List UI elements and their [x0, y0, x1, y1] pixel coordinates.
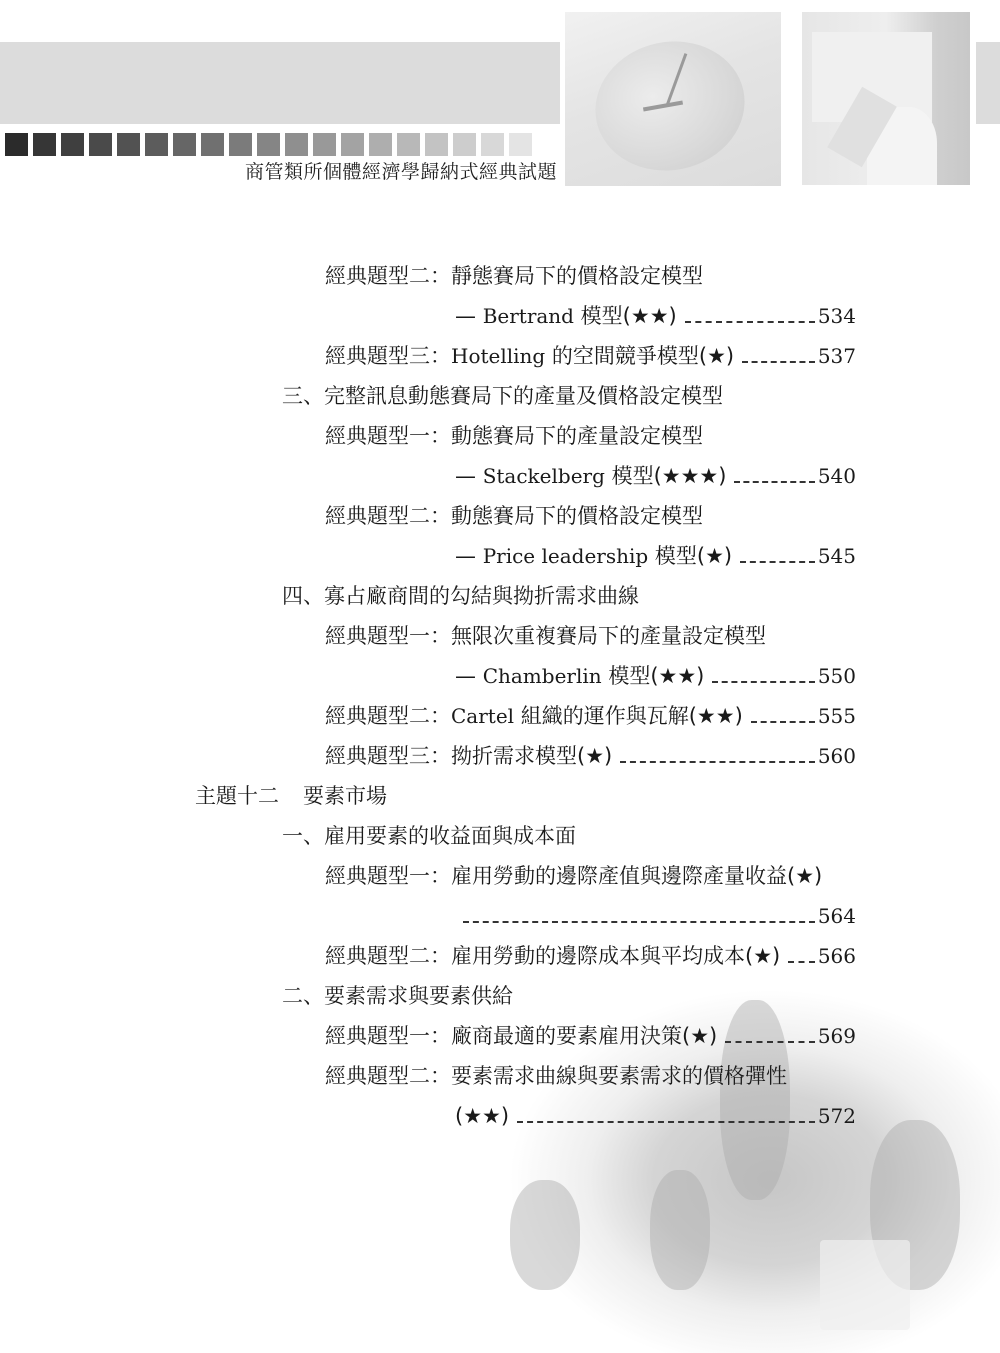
toc-entry[interactable]: 經典題型一：雇用勞動的邊際產值與邊際產量收益(★)	[325, 863, 822, 889]
toc-entry-title: 四、寡占廠商間的勾結與拗折需求曲線	[282, 583, 639, 609]
toc-entry[interactable]: 經典題型一：無限次重複賽局下的產量設定模型	[325, 623, 766, 649]
toc-entry-title: 經典題型三：Hotelling 的空間競爭模型(★)	[325, 343, 734, 369]
toc-entry-title: — Price leadership 模型(★)	[455, 543, 732, 569]
toc-entry[interactable]: 經典題型三：Hotelling 的空間競爭模型(★)537	[325, 343, 856, 369]
dot-leader	[740, 561, 815, 563]
dot-leader	[734, 481, 814, 483]
toc-entry-title: 經典題型二：動態賽局下的價格設定模型	[325, 503, 703, 529]
page-number: 555	[818, 703, 856, 729]
toc-entry[interactable]: 一、雇用要素的收益面與成本面	[282, 823, 576, 849]
toc-entry[interactable]: 主題十二要素市場	[195, 783, 387, 809]
toc-entry-title: — Stackelberg 模型(★★★)	[455, 463, 726, 489]
page-number: 569	[818, 1023, 856, 1049]
toc-entry-title: 經典題型三：拗折需求模型(★)	[325, 743, 612, 769]
toc-entry[interactable]: 二、要素需求與要素供給	[282, 983, 513, 1009]
dot-leader	[685, 321, 815, 323]
page-number: 537	[818, 343, 856, 369]
dot-leader	[517, 1121, 815, 1123]
toc-entry-title: (★★)	[455, 1103, 509, 1129]
dot-leader	[788, 961, 815, 963]
toc-entry-title: 經典題型一：動態賽局下的產量設定模型	[325, 423, 703, 449]
toc-entry-title: 經典題型二：靜態賽局下的價格設定模型	[325, 263, 703, 289]
toc-entry-title: 二、要素需求與要素供給	[282, 983, 513, 1009]
toc-entry[interactable]: 經典題型一：廠商最適的要素雇用決策(★)569	[325, 1023, 856, 1049]
toc-entry-title: 經典題型一：無限次重複賽局下的產量設定模型	[325, 623, 766, 649]
toc-entry[interactable]: — Stackelberg 模型(★★★)540	[455, 463, 856, 489]
toc-entry[interactable]: 經典題型二：靜態賽局下的價格設定模型	[325, 263, 703, 289]
toc-entry[interactable]: 經典題型三：拗折需求模型(★)560	[325, 743, 856, 769]
toc-entry-title: — Bertrand 模型(★★)	[455, 303, 677, 329]
dot-leader	[463, 921, 815, 923]
dot-leader	[725, 1041, 815, 1043]
page-number: 560	[818, 743, 856, 769]
toc-entry-title: 經典題型一：廠商最適的要素雇用決策(★)	[325, 1023, 717, 1049]
page-number: 572	[818, 1103, 856, 1129]
toc-entry-title: 一、雇用要素的收益面與成本面	[282, 823, 576, 849]
page-number: 564	[818, 903, 856, 929]
toc-entry[interactable]: 經典題型一：動態賽局下的產量設定模型	[325, 423, 703, 449]
toc-entry[interactable]: 經典題型二：Cartel 組織的運作與瓦解(★★)555	[325, 703, 856, 729]
toc-entry[interactable]: — Chamberlin 模型(★★)550	[455, 663, 856, 689]
toc-entry[interactable]: 564	[455, 903, 856, 929]
toc-entry-title: 經典題型二：Cartel 組織的運作與瓦解(★★)	[325, 703, 743, 729]
dot-leader	[712, 681, 814, 683]
toc-entry-title: 主題十二	[195, 783, 279, 809]
toc-entry-title: 經典題型二：要素需求曲線與要素需求的價格彈性	[325, 1063, 787, 1089]
page-number: 534	[818, 303, 856, 329]
toc-entry-title: — Chamberlin 模型(★★)	[455, 663, 704, 689]
dot-leader	[751, 721, 815, 723]
toc-entry[interactable]: 三、完整訊息動態賽局下的產量及價格設定模型	[282, 383, 723, 409]
toc-entry[interactable]: — Bertrand 模型(★★)534	[455, 303, 856, 329]
toc-entry-title: 經典題型一：雇用勞動的邊際產值與邊際產量收益(★)	[325, 863, 822, 889]
toc-chapter-title: 要素市場	[303, 783, 387, 809]
dot-leader	[742, 361, 815, 363]
toc-entry[interactable]: (★★)572	[455, 1103, 856, 1129]
toc-entry[interactable]: 經典題型二：雇用勞動的邊際成本與平均成本(★)566	[325, 943, 856, 969]
toc-entry-title: 三、完整訊息動態賽局下的產量及價格設定模型	[282, 383, 723, 409]
toc-entry[interactable]: — Price leadership 模型(★)545	[455, 543, 856, 569]
toc-entry[interactable]: 四、寡占廠商間的勾結與拗折需求曲線	[282, 583, 639, 609]
page-number: 550	[818, 663, 856, 689]
toc-entry[interactable]: 經典題型二：要素需求曲線與要素需求的價格彈性	[325, 1063, 787, 1089]
toc-entry[interactable]: 經典題型二：動態賽局下的價格設定模型	[325, 503, 703, 529]
dot-leader	[620, 761, 815, 763]
toc-entry-title: 經典題型二：雇用勞動的邊際成本與平均成本(★)	[325, 943, 780, 969]
table-of-contents: 經典題型二：靜態賽局下的價格設定模型— Bertrand 模型(★★)534經典…	[0, 0, 1000, 1353]
page-number: 545	[818, 543, 856, 569]
page-number: 540	[818, 463, 856, 489]
page-number: 566	[818, 943, 856, 969]
